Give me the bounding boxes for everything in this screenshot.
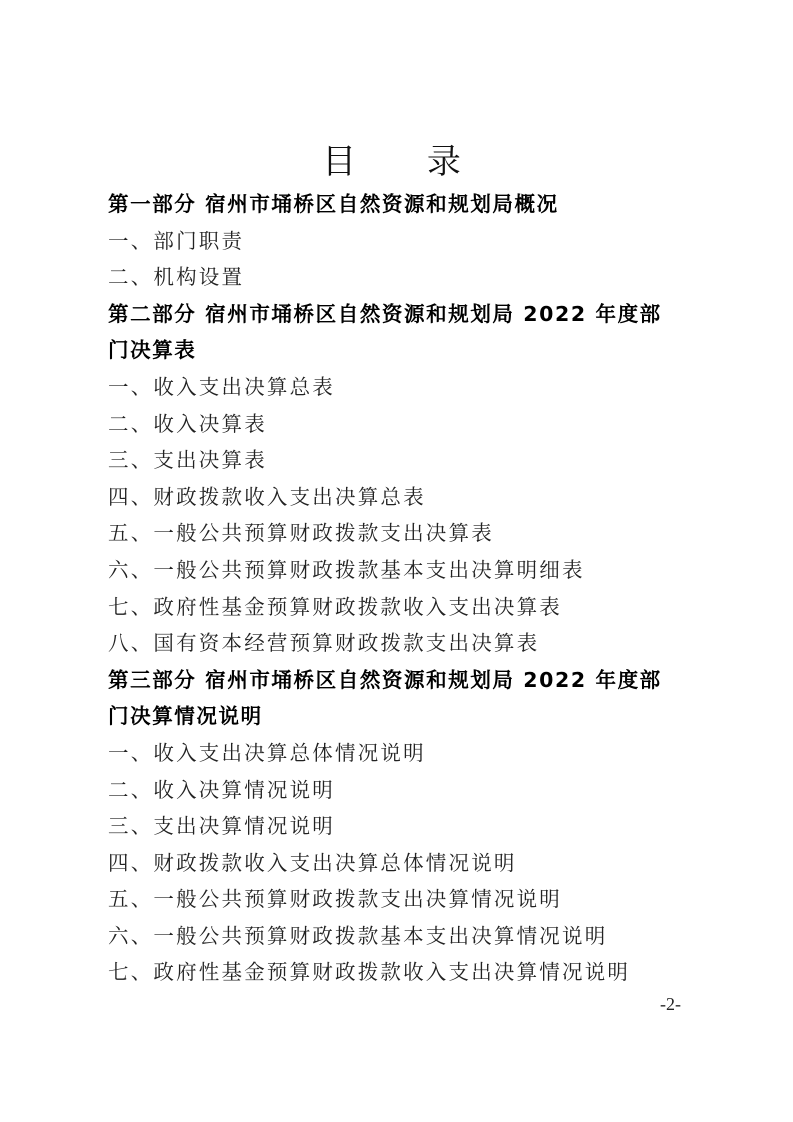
toc-item-general-budget-basic-expense-detail-table: 六、一般公共预算财政拨款基本支出决算明细表: [108, 552, 698, 589]
toc-part-3-heading-line1: 第三部分 宿州市埇桥区自然资源和规划局 2022 年度部: [108, 662, 698, 699]
toc-item-general-budget-basic-expense-explanation: 六、一般公共预算财政拨款基本支出决算情况说明: [108, 918, 698, 955]
toc-item-income-table: 二、收入决算表: [108, 406, 698, 443]
toc-item-government-fund-budget-explanation: 七、政府性基金预算财政拨款收入支出决算情况说明: [108, 954, 698, 991]
toc-item-income-expense-summary-table: 一、收入支出决算总表: [108, 369, 698, 406]
toc-item-organization-setup: 二、机构设置: [108, 259, 698, 296]
page-title: 目 录: [0, 142, 793, 182]
toc-item-expense-table: 三、支出决算表: [108, 442, 698, 479]
toc-item-government-fund-budget-table: 七、政府性基金预算财政拨款收入支出决算表: [108, 589, 698, 626]
toc-item-department-duties: 一、部门职责: [108, 223, 698, 260]
table-of-contents: 第一部分 宿州市埇桥区自然资源和规划局概况 一、部门职责 二、机构设置 第二部分…: [108, 186, 698, 991]
toc-item-fiscal-appropriation-explanation: 四、财政拨款收入支出决算总体情况说明: [108, 845, 698, 882]
document-page: 目 录 第一部分 宿州市埇桥区自然资源和规划局概况 一、部门职责 二、机构设置 …: [0, 0, 793, 1122]
toc-item-overall-explanation: 一、收入支出决算总体情况说明: [108, 735, 698, 772]
toc-part-2-heading-line1: 第二部分 宿州市埇桥区自然资源和规划局 2022 年度部: [108, 296, 698, 333]
toc-item-fiscal-appropriation-summary-table: 四、财政拨款收入支出决算总表: [108, 479, 698, 516]
toc-item-income-explanation: 二、收入决算情况说明: [108, 772, 698, 809]
toc-part-3-heading-line2: 门决算情况说明: [108, 698, 698, 735]
toc-item-state-capital-budget-table: 八、国有资本经营预算财政拨款支出决算表: [108, 625, 698, 662]
page-number: -2-: [660, 994, 681, 1015]
toc-item-general-budget-expense-explanation: 五、一般公共预算财政拨款支出决算情况说明: [108, 881, 698, 918]
toc-part-1-heading: 第一部分 宿州市埇桥区自然资源和规划局概况: [108, 186, 698, 223]
toc-part-2-heading-line2: 门决算表: [108, 332, 698, 369]
toc-item-expense-explanation: 三、支出决算情况说明: [108, 808, 698, 845]
toc-item-general-budget-expense-table: 五、一般公共预算财政拨款支出决算表: [108, 515, 698, 552]
